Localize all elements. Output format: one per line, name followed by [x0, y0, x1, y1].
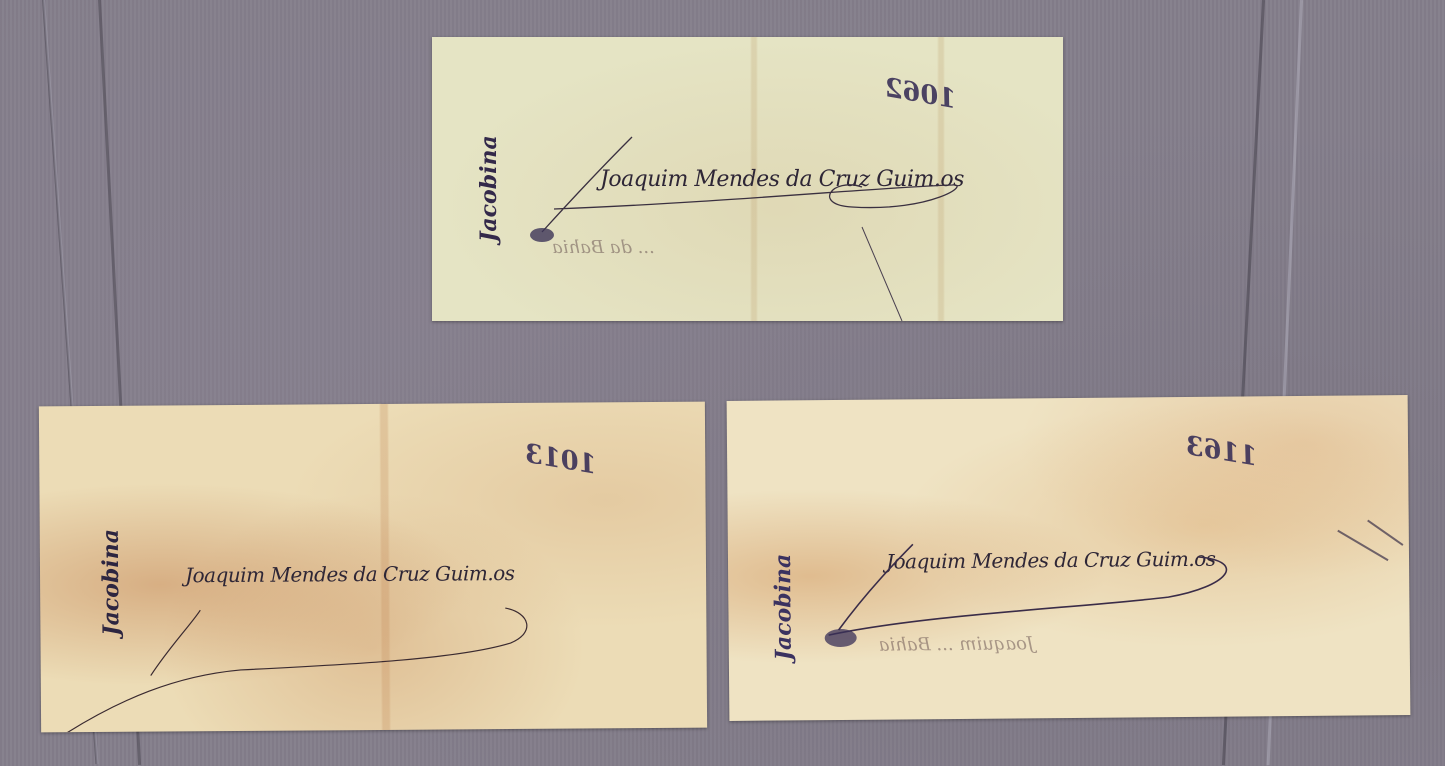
- endorsement-text: Jacobina: [476, 135, 502, 242]
- endorsement-text: Jacobina: [98, 529, 125, 636]
- document-bottom-left: Jacobina 1013 Joaquim Mendes da Cruz Gui…: [39, 402, 707, 733]
- document-number: 1163: [1183, 431, 1259, 473]
- signature: Joaquim Mendes da Cruz Guim.os: [600, 167, 964, 192]
- signature: Joaquim Mendes da Cruz Guim.os: [185, 561, 515, 587]
- bleed-through-text: ... da Bahia: [552, 237, 655, 258]
- bleed-through-text: Joaquim ... Bahia: [879, 633, 1035, 655]
- document-bottom-right: Jacobina 1163 Joaquim Mendes da Cruz Gui…: [727, 395, 1411, 721]
- signature: Joaquim Mendes da Cruz Guim.os: [886, 547, 1216, 574]
- document-number: 1062: [882, 73, 958, 115]
- document-number: 1013: [522, 439, 598, 481]
- endorsement-text: Jacobina: [770, 554, 797, 661]
- document-top: Jacobina 1062 Joaquim Mendes da Cruz Gui…: [432, 37, 1063, 321]
